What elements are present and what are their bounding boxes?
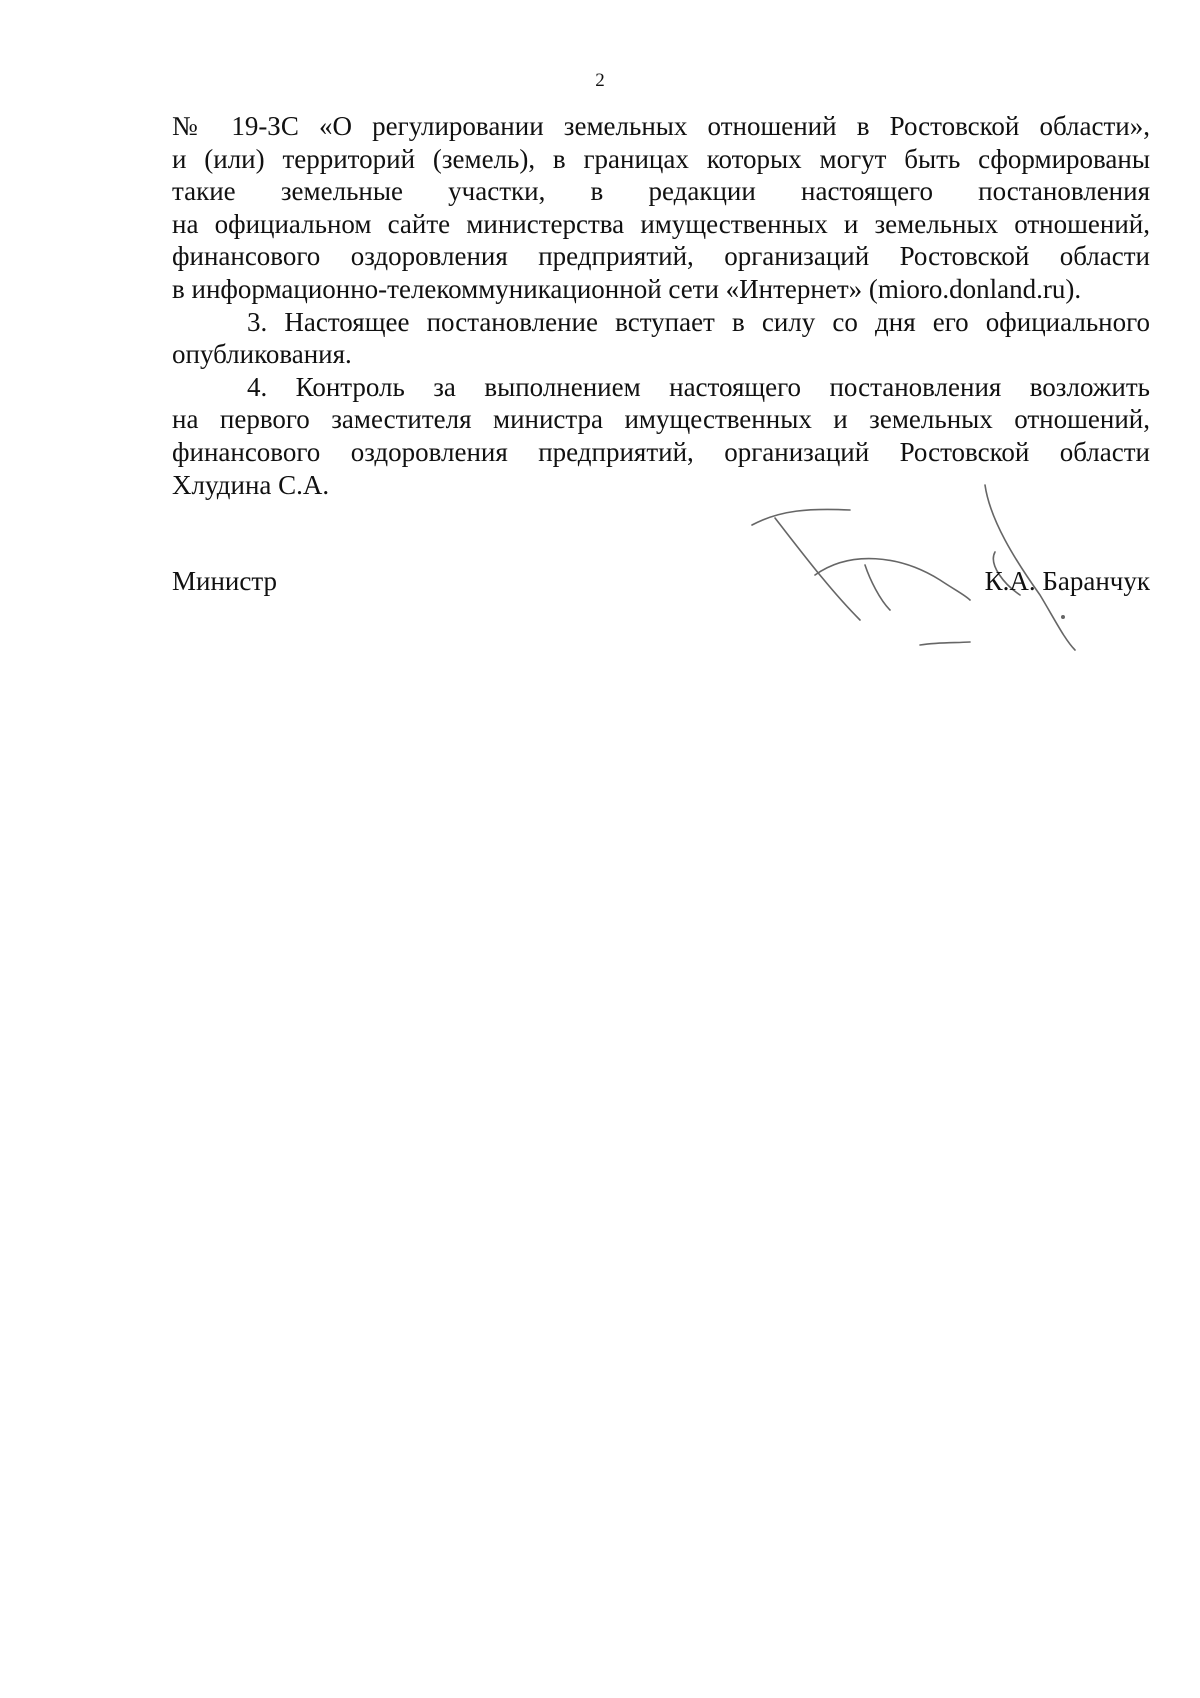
text-line: на официальном сайте министерства имущес… <box>172 208 1150 241</box>
signatory-title: Министр <box>172 566 277 597</box>
document-body: № 19-ЗС «О регулировании земельных отнош… <box>172 110 1150 501</box>
text-line: в информационно-телекоммуникационной сет… <box>172 273 1150 306</box>
page-number: 2 <box>0 70 1200 92</box>
text-line: на первого заместителя министра имуществ… <box>172 403 1150 436</box>
text-line: № 19-ЗС «О регулировании земельных отнош… <box>172 110 1150 143</box>
text-line: финансового оздоровления предприятий, ор… <box>172 240 1150 273</box>
text-line: опубликования. <box>172 338 1150 371</box>
document-page: 2 № 19-ЗС «О регулировании земельных отн… <box>0 0 1200 1698</box>
paragraph-continuation: № 19-ЗС «О регулировании земельных отнош… <box>172 110 1150 306</box>
text-line: 4. Контроль за выполнением настоящего по… <box>172 371 1150 404</box>
text-line: финансового оздоровления предприятий, ор… <box>172 436 1150 469</box>
text-line: такие земельные участки, в редакции наст… <box>172 175 1150 208</box>
text-line: 3. Настоящее постановление вступает в си… <box>172 306 1150 339</box>
paragraph-item-3: 3. Настоящее постановление вступает в си… <box>172 306 1150 371</box>
text-line: и (или) территорий (земель), в границах … <box>172 143 1150 176</box>
signatory-name: К.А. Баранчук <box>985 566 1150 597</box>
